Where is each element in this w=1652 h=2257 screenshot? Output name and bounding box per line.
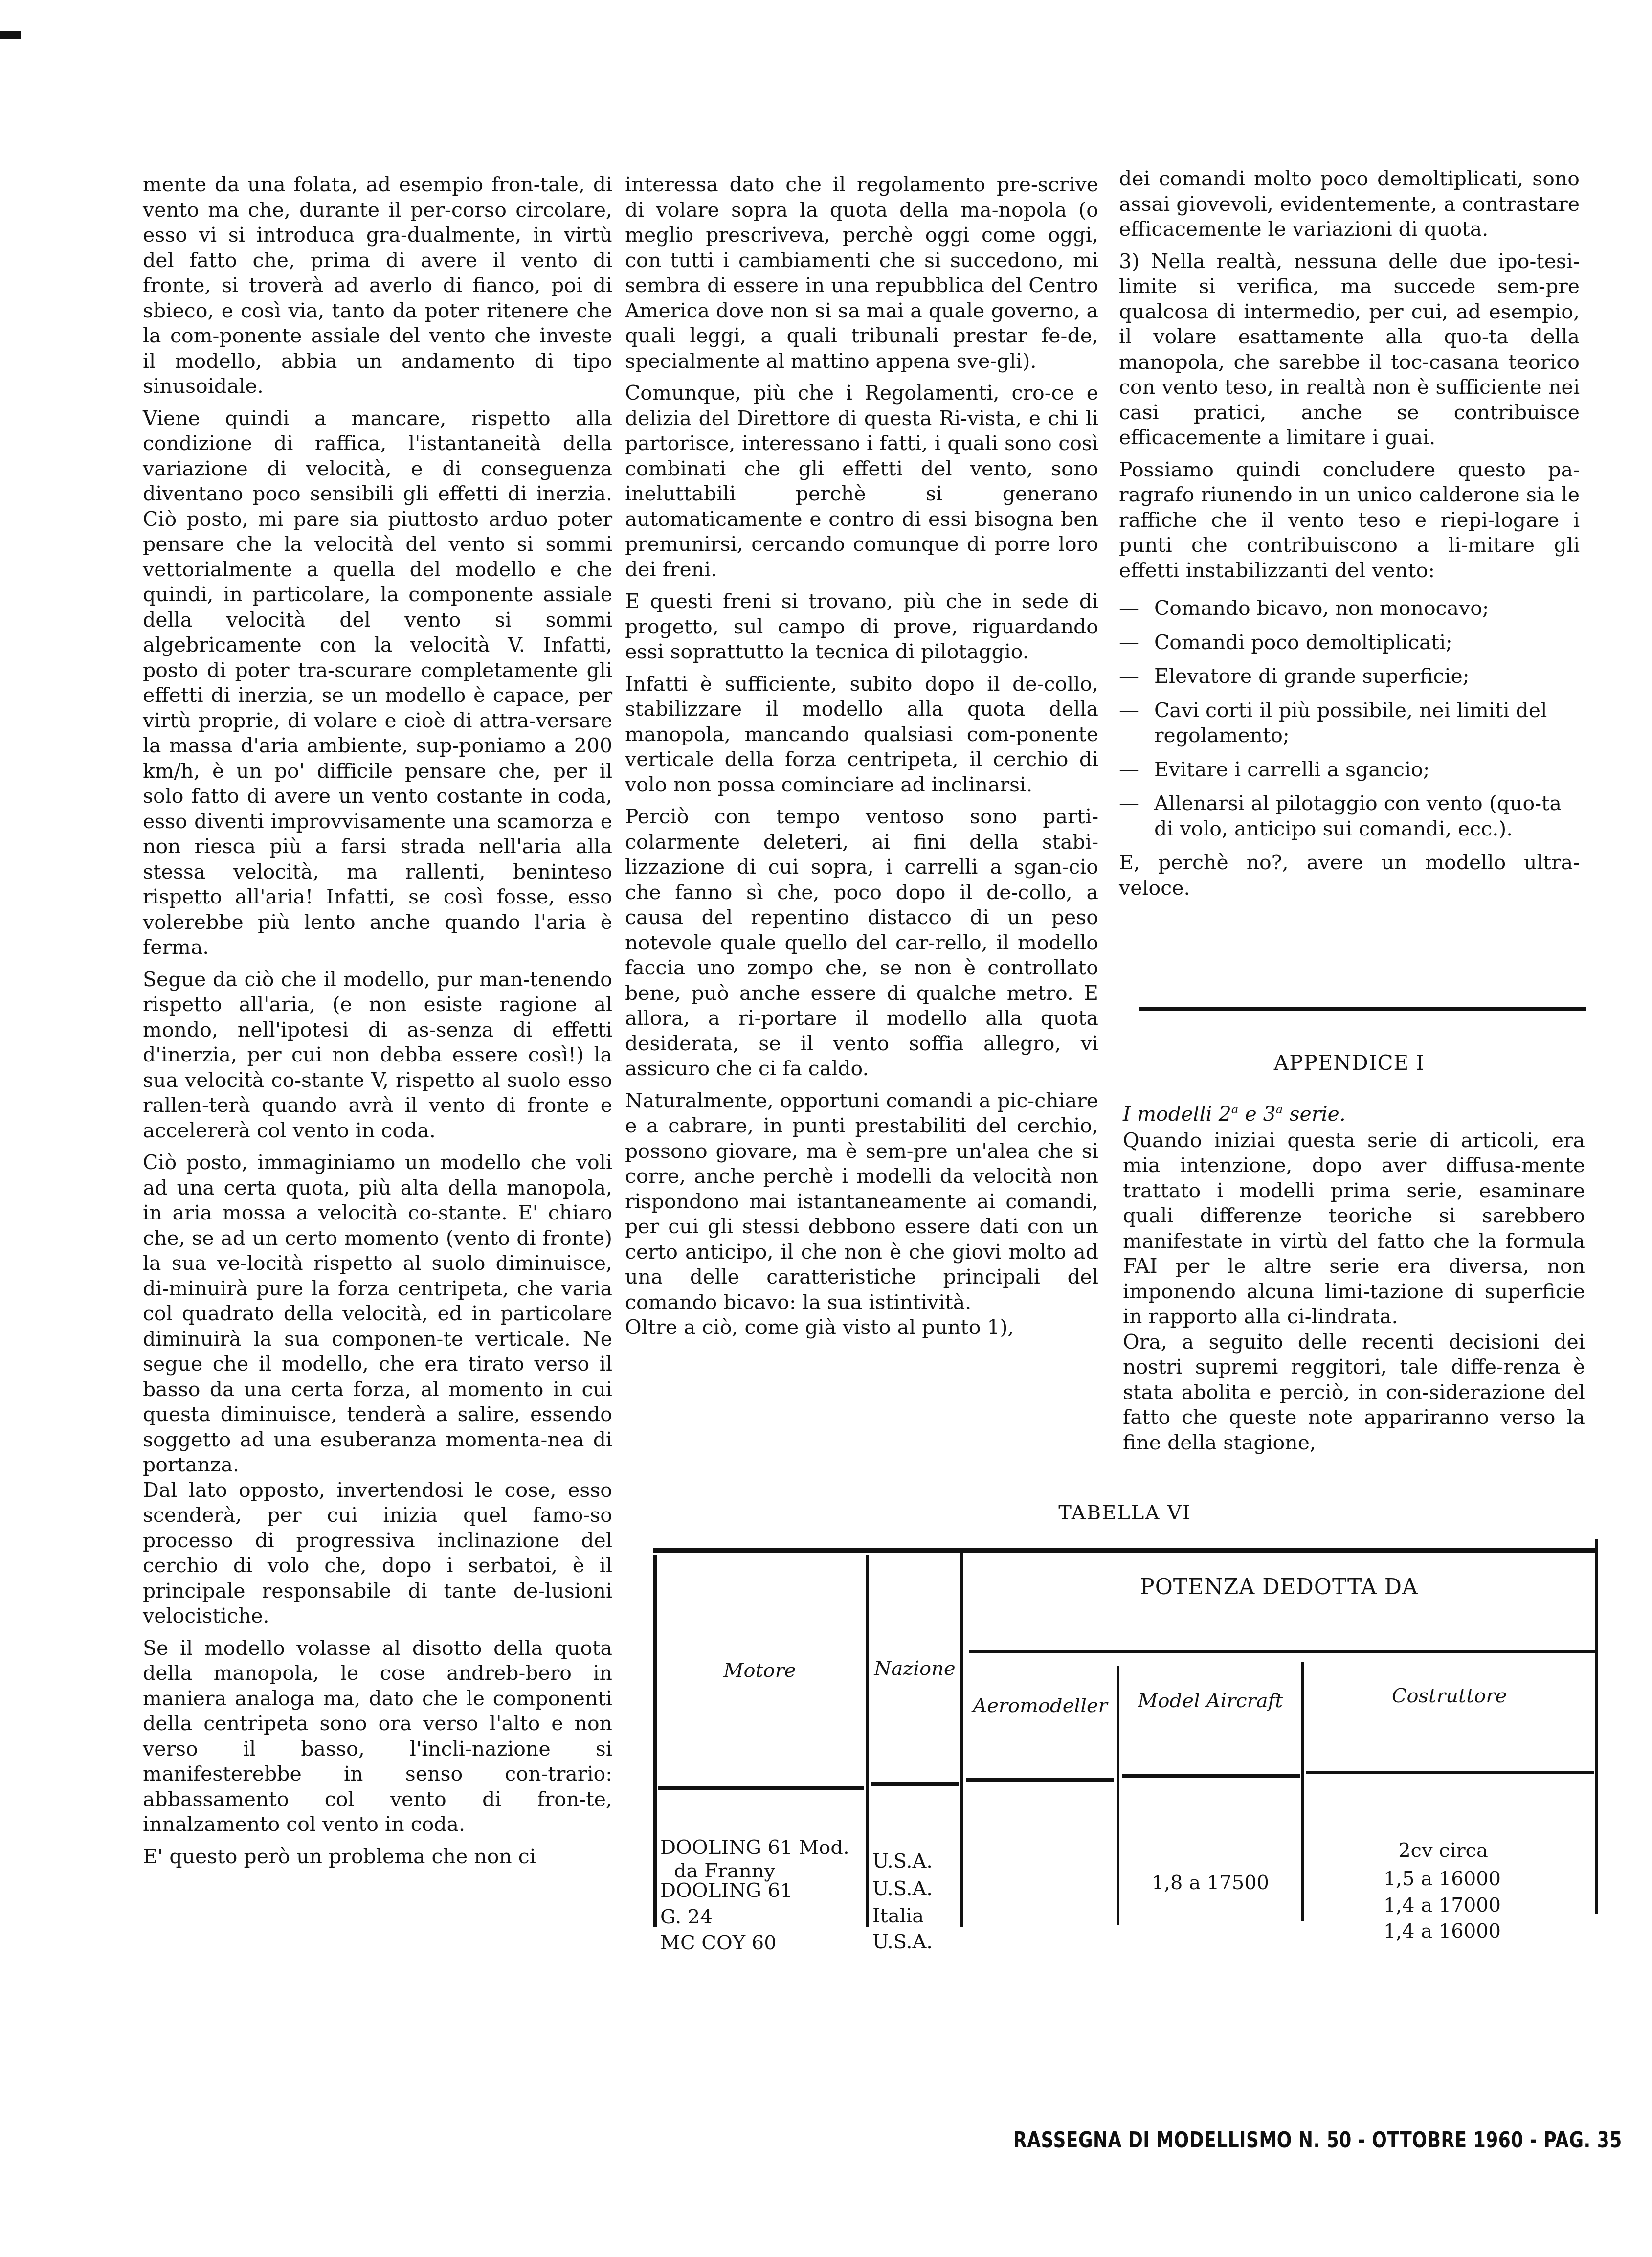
- table-row-costruttore: 2cv circa: [1362, 1839, 1524, 1862]
- table-row-model-aircraft: 1,8 a 17500: [1130, 1871, 1291, 1895]
- table-row-motore: MC COY 60: [660, 1932, 777, 1954]
- paragraph: interessa dato che il regolamento pre-sc…: [625, 172, 1098, 374]
- paragraph: dei comandi molto poco demoltiplicati, s…: [1119, 166, 1580, 242]
- header-motore: Motore: [653, 1659, 866, 1682]
- table-row-nazione: U.S.A.: [872, 1877, 933, 1900]
- paragraph: Comunque, più che i Regolamenti, cro-ce …: [625, 381, 1098, 582]
- table-right-border: [1595, 1539, 1598, 1914]
- column-divider: [866, 1555, 869, 1927]
- paragraph: Perciò con tempo ventoso sono parti-cola…: [625, 804, 1098, 1082]
- table-title: TABELLA VI: [968, 1502, 1281, 1524]
- table-row-costruttore: 1,5 a 16000: [1362, 1867, 1523, 1891]
- paragraph: Possiamo quindi concludere questo pa-rag…: [1119, 457, 1580, 584]
- header-bottom-rule: [1122, 1774, 1300, 1778]
- table-row-nazione: U.S.A.: [872, 1850, 933, 1873]
- paragraph: E questi freni si trovano, più che in se…: [625, 589, 1098, 665]
- appendix-text: I modelli 2a e 3a serie. Quando iniziai …: [1123, 1102, 1585, 1462]
- paragraph: Ciò posto, immaginiamo un modello che vo…: [143, 1150, 612, 1478]
- dash-bullet-icon: —: [1119, 791, 1148, 816]
- paragraph: Segue da ciò che il modello, pur man-ten…: [143, 967, 612, 1144]
- paragraph: Oltre a ciò, come già visto al punto 1),: [625, 1315, 1098, 1340]
- paragraph: 3) Nella realtà, nessuna delle due ipo-t…: [1119, 249, 1580, 451]
- scan-edge-mark: [0, 31, 21, 39]
- table-row-nazione: U.S.A.: [872, 1931, 933, 1953]
- header-aeromodeller: Aeromodeller: [963, 1694, 1117, 1717]
- header-bottom-rule: [658, 1786, 864, 1790]
- table-row-nazione: Italia: [872, 1904, 924, 1928]
- list-item: —Cavi corti il più possibile, nei limiti…: [1119, 698, 1580, 748]
- appendix-heading: APPENDICE I: [1119, 1051, 1580, 1075]
- list-item: —Evitare i carrelli a sgancio;: [1119, 757, 1580, 783]
- page-footer: RASSEGNA DI MODELLISMO N. 50 - OTTOBRE 1…: [1013, 2128, 1622, 2153]
- text-column-1: mente da una folata, ad esempio fron-tal…: [143, 172, 612, 1876]
- list-item: —Elevatore di grande superficie;: [1119, 664, 1580, 689]
- header-bottom-rule: [1306, 1771, 1594, 1774]
- list-item: —Allenarsi al pilotaggio con vento (quo-…: [1119, 791, 1580, 841]
- paragraph: Naturalmente, opportuni comandi a pic-ch…: [625, 1088, 1098, 1315]
- dash-bullet-icon: —: [1119, 664, 1148, 689]
- paragraph: Quando iniziai questa serie di articoli,…: [1123, 1128, 1585, 1330]
- dash-bullet-icon: —: [1119, 630, 1148, 655]
- header-nazione: Nazione: [869, 1657, 960, 1680]
- dash-bullet-icon: —: [1119, 698, 1148, 723]
- list-item: —Comando bicavo, non monocavo;: [1119, 596, 1580, 621]
- table-row-costruttore: 1,4 a 17000: [1362, 1894, 1523, 1917]
- paragraph: Viene quindi a mancare, rispetto alla co…: [143, 406, 612, 960]
- dash-bullet-icon: —: [1119, 757, 1148, 783]
- engine-power-table: Motore Nazione POTENZA DEDOTTA DA Aeromo…: [653, 1548, 1598, 1927]
- text-column-2: interessa dato che il regolamento pre-sc…: [625, 172, 1098, 1347]
- paragraph: Se il modello volasse al disotto della q…: [143, 1636, 612, 1837]
- table-top-rule: [653, 1548, 1598, 1553]
- column-divider: [960, 1553, 963, 1927]
- header-model-aircraft: Model Aircraft: [1119, 1689, 1301, 1713]
- table-left-border: [653, 1555, 657, 1927]
- dash-bullet-icon: —: [1119, 596, 1148, 621]
- header-potenza-group: POTENZA DEDOTTA DA: [963, 1576, 1595, 1599]
- paragraph: Dal lato opposto, invertendosi le cose, …: [143, 1478, 612, 1629]
- paragraph: Ora, a seguito delle recenti decisioni d…: [1123, 1330, 1585, 1456]
- table-row-motore: DOOLING 61 Mod. da Franny: [660, 1836, 866, 1883]
- group-header-rule: [969, 1650, 1595, 1653]
- header-costruttore: Costruttore: [1304, 1684, 1595, 1708]
- text-column-3: dei comandi molto poco demoltiplicati, s…: [1119, 166, 1580, 907]
- paragraph: E' questo però un problema che non ci: [143, 1844, 612, 1870]
- table-row-motore: DOOLING 61: [660, 1879, 793, 1902]
- paragraph: mente da una folata, ad esempio fron-tal…: [143, 172, 612, 399]
- header-bottom-rule: [871, 1782, 959, 1786]
- appendix-subtitle: I modelli 2a e 3a serie.: [1123, 1102, 1585, 1127]
- recommendations-list: —Comando bicavo, non monocavo; —Comandi …: [1119, 596, 1580, 841]
- header-bottom-rule: [966, 1778, 1114, 1782]
- closing-paragraph: E, perchè no?, avere un modello ultra-ve…: [1119, 850, 1580, 901]
- paragraph: Infatti è sufficiente, subito dopo il de…: [625, 672, 1098, 798]
- list-item: —Comandi poco demoltiplicati;: [1119, 630, 1580, 655]
- table-row-motore: G. 24: [660, 1905, 713, 1929]
- section-divider: [1139, 1007, 1586, 1011]
